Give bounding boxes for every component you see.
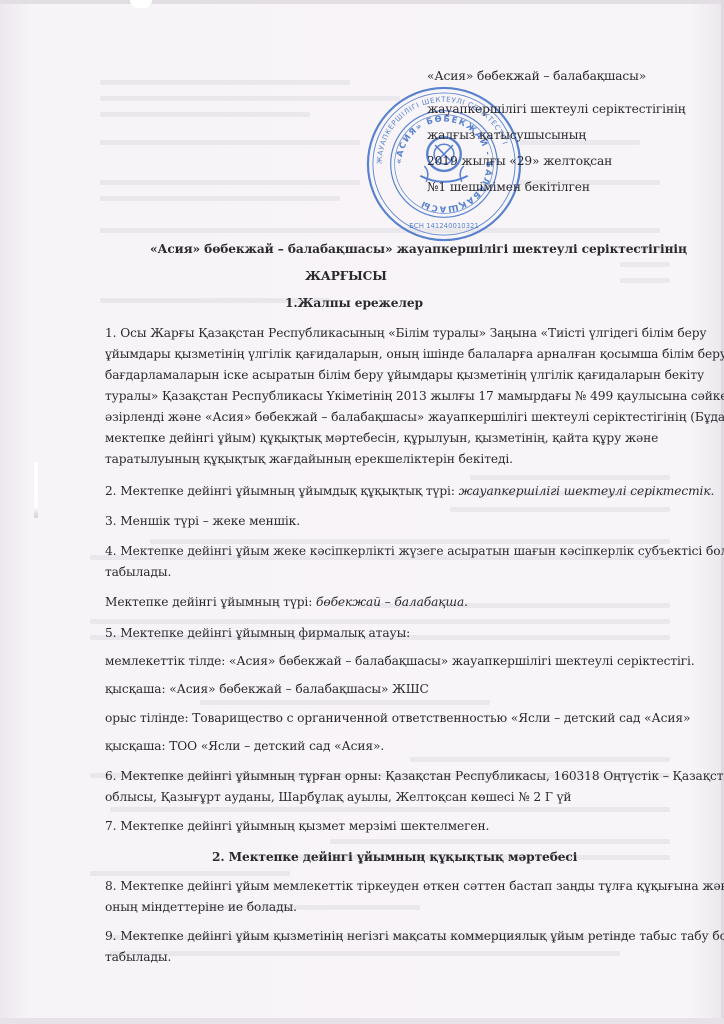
paragraph-line: 1. Осы Жарғы Қазақстан Республикасының «… bbox=[105, 327, 706, 339]
paper-fold-mark bbox=[34, 462, 38, 518]
page-edge-bottom bbox=[0, 1018, 724, 1024]
paragraph-3: 3. Меншік түрі – жеке меншік. bbox=[105, 515, 300, 527]
paragraph-line: таратылуының құқықтық жағдайының ерекшел… bbox=[105, 453, 513, 465]
page-edge-top bbox=[0, 0, 724, 4]
institution-type-value: бөбекжай – балабақша. bbox=[316, 595, 468, 609]
paragraph-line: әзірленді және «Асия» бөбекжай – балабақ… bbox=[105, 411, 724, 423]
paragraph-2: 2. Мектепке дейінгі ұйымның ұйымдық құқы… bbox=[105, 485, 714, 497]
paragraph-text: Мектепке дейінгі ұйымның түрі: bbox=[105, 595, 316, 609]
paragraph-7: 7. Мектепке дейінгі ұйымның қызмет мерзі… bbox=[105, 820, 489, 832]
name-short-kazakh: қысқаша: «Асия» бөбекжай – балабақшасы» … bbox=[105, 683, 429, 695]
staple-notch bbox=[130, 0, 152, 8]
paragraph-line: облысы, Қазығұрт ауданы, Шарбұлақ ауылы,… bbox=[105, 791, 571, 803]
approval-line-3: жалғыз қатысушысының bbox=[427, 129, 586, 141]
paragraph-line: табылады. bbox=[105, 951, 171, 963]
paragraph-line: 8. Мектепке дейінгі ұйым мемлекеттік тір… bbox=[105, 880, 724, 892]
name-state-language: мемлекеттік тілде: «Асия» бөбекжай – бал… bbox=[105, 655, 695, 667]
approval-line-5: №1 шешімімен бекітілген bbox=[427, 181, 590, 193]
legal-form-value: жауапкершілігі шектеулі серіктестік. bbox=[459, 484, 715, 498]
name-short-russian: қысқаша: ТОО «Ясли – детский сад «Асия». bbox=[105, 740, 384, 752]
approval-line-2: жауапкершілігі шектеулі серіктестігінің bbox=[427, 103, 686, 115]
institution-type: Мектепке дейінгі ұйымның түрі: бөбекжай … bbox=[105, 596, 468, 608]
paragraph-line: мектепке дейінгі ұйым) құқықтық мәртебес… bbox=[105, 432, 658, 444]
paragraph-line: туралы» Қазақстан Республикасы Үкіметіні… bbox=[105, 390, 724, 402]
paragraph-line: 9. Мектепке дейінгі ұйым қызметінің негі… bbox=[105, 930, 724, 942]
paragraph-text: 2. Мектепке дейінгі ұйымның ұйымдық құқы… bbox=[105, 484, 459, 498]
section-heading-legal-status: 2. Мектепке дейінгі ұйымның құқықтық мәр… bbox=[212, 851, 577, 863]
paragraph-line: табылады. bbox=[105, 566, 171, 578]
paragraph-line: бағдарламаларын іске асыратын білім беру… bbox=[105, 369, 704, 381]
paragraph-line: 4. Мектепке дейінгі ұйым жеке кәсіпкерлі… bbox=[105, 545, 724, 557]
approval-line-4: 2019 жылғы «29» желтоқсан bbox=[427, 155, 612, 167]
document-title-charter: ЖАРҒЫСЫ bbox=[305, 270, 387, 282]
scanned-page: ЖАУАПКЕРШІЛІГІ ШЕКТЕУЛІ СЕРІКТЕСТІГІ «АС… bbox=[0, 0, 724, 1024]
name-russian: орыс тілінде: Товарищество с органиченно… bbox=[105, 712, 690, 724]
approval-line-1: «Асия» бөбекжай – балабақшасы» bbox=[427, 70, 646, 82]
document-title: «Асия» бөбекжай – балабақшасы» жауапкерш… bbox=[150, 243, 687, 255]
paragraph-line: 6. Мектепке дейінгі ұйымның тұрған орны:… bbox=[105, 770, 724, 782]
paragraph-line: оның міндеттеріне ие болады. bbox=[105, 901, 297, 913]
paragraph-5: 5. Мектепке дейінгі ұйымның фирмалық ата… bbox=[105, 627, 410, 639]
paragraph-line: ұйымдары қызметінің үлгілік қағидаларын,… bbox=[105, 348, 724, 360]
section-heading-general: 1.Жалпы ережелер bbox=[285, 297, 423, 309]
